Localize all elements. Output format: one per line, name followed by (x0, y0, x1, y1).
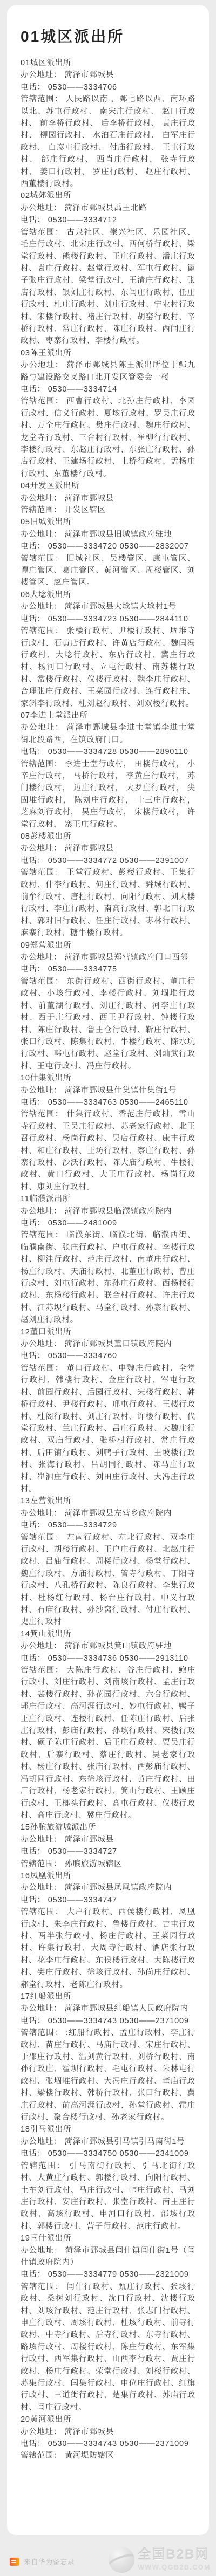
station-entry: 03陈王派出所办公地址： 菏泽市鄄城县陈王派出所位于鄄九路与建设路交叉路口北开发… (21, 347, 195, 480)
station-name: 07李进士堂派出所 (21, 710, 195, 722)
station-entry: 09郑营派出所办公地址： 菏泽市鄄城县郑营镇政府门口西邻电话： 0530——33… (21, 940, 195, 1072)
station-name: 11临濮派出所 (21, 1193, 195, 1205)
station-detail: 管辖范围： 张楼行政村、尹楼行政村、堌堆寺行政村、石黄店行政村、许黄店行政村、魏… (21, 625, 195, 710)
station-detail: 管辖范围： 大陈庄行政村、谷庄行政村、鲍庄行政村、刘庄行政村、刘南垓行政村、孟庄… (21, 1664, 195, 1821)
station-entry: 13左营派出所办公地址： 菏泽市鄄城县左营乡政府院内电话： 0530——3334… (21, 1495, 195, 1628)
station-detail: 管辖范围： 人民路以南 、鄄七路以西、南环路以北、苏屯行政村、 南宋庄行政村、 … (21, 93, 195, 190)
station-detail: 管辖范围： 大户行政村、西侯楼行政村、凤凰行政村、朱李庄行政村、鲁楼行政村、吉屯… (21, 1906, 195, 1991)
station-detail: 电话： 0530——3334743 0530——2371009 (21, 2015, 195, 2027)
memo-card: 01城区派出所 01城区派出所办公地址： 菏泽市鄄城县电话： 0530——333… (7, 5, 209, 2535)
station-name: 08彭楼派出所 (21, 831, 195, 842)
station-detail: 管辖范围： 古泉社区、崇兴社区、乐园社区、毛庄行政村、北宋庄行政村、西何桥行政村… (21, 227, 195, 347)
station-entry: 04开发区派出所办公地址： 菏泽市鄄城县管辖范围： 开发区辖区 (21, 480, 195, 516)
station-entry: 08彭楼派出所办公地址： 菏泽市鄄城县电话： 0530——3334772 053… (21, 831, 195, 940)
station-detail: 电话： 0530——3334712 (21, 214, 195, 226)
station-detail: 电话： 0530——3334729 (21, 1519, 195, 1531)
station-detail: 办公地址： 菏泽市鄄城县什集镇什集街1号 (21, 1085, 195, 1097)
memo-page: 01城区派出所 01城区派出所办公地址： 菏泽市鄄城县电话： 0530——333… (0, 0, 216, 2576)
station-detail: 电话： 0530——3334728 0530——2890110 (21, 746, 195, 758)
memo-source-label: 来自华为备忘录 (24, 2557, 75, 2566)
station-entry: 12董口派出所办公地址： 菏泽市鄄城县董口镇政府院内电话： 0530——3334… (21, 1326, 195, 1496)
memo-source: 来自华为备忘录 (10, 2557, 75, 2566)
station-name: 12董口派出所 (21, 1326, 195, 1338)
station-detail: 管辖范围： 开发区辖区 (21, 504, 195, 516)
station-name: 03陈王派出所 (21, 347, 195, 359)
station-detail: 电话： 0530——2481009 (21, 1217, 195, 1229)
station-detail: 管辖范围： 引马南街行政村、引马北街行政村、大黄庄行政村、郭楼行政村、向阳行政村… (21, 2160, 195, 2232)
station-entry: 11临濮派出所办公地址： 菏泽市鄄城县临濮镇政府院内电话： 0530——2481… (21, 1193, 195, 1326)
station-name: 02城郊派出所 (21, 190, 195, 202)
station-detail: 电话： 0530——3334714 (21, 383, 195, 395)
huawei-memo-icon (10, 2558, 19, 2566)
page-title: 01城区派出所 (21, 25, 195, 46)
station-detail: 电话： 0530——3334706 (21, 81, 195, 93)
station-detail: 办公地址： 菏泽市鄄城县禹王北路 (21, 202, 195, 214)
station-detail: 办公地址： 菏泽市鄄城县 (21, 2426, 195, 2438)
station-detail: 办公地址： 菏泽市鄄城县大埝镇大埝村1号 (21, 601, 195, 613)
station-detail: 办公地址： 菏泽市鄄城县箕山镇政府驻地 (21, 1640, 195, 1652)
station-entry: 02城郊派出所办公地址： 菏泽市鄄城县禹王北路电话： 0530——3334712… (21, 190, 195, 347)
station-detail: 办公地址： 菏泽市鄄城县临濮镇政府院内 (21, 1205, 195, 1217)
station-detail: 办公地址： 菏泽市鄄城县 (21, 492, 195, 504)
footer-bar: 来自华为备忘录 全国B2B网 WWW.QGB2B.COM (0, 2538, 216, 2576)
stations-list: 01城区派出所办公地址： 菏泽市鄄城县电话： 0530——3334706管辖范围… (21, 57, 195, 2462)
station-detail: 电话： 0530——3334779 0530——2321009 (21, 2269, 195, 2280)
watermark: 全国B2B网 WWW.QGB2B.COM (109, 2547, 211, 2573)
station-detail: 办公地址： 菏泽市鄄城县凤凰镇政府院内 (21, 1882, 195, 1894)
station-detail: 管辖范围： 王堂行政村、彭楼行政村、王集行政村、什李行政村、何庄行政村、舜城行政… (21, 867, 195, 939)
station-detail: 管辖范围： 闫什行政村、甄庄行政村、张垓行政村、桑树刘行政村、沈口行政村、沈楼行… (21, 2281, 195, 2414)
station-detail: 电话： 0530——3334772 0530——2391007 (21, 855, 195, 867)
station-entry: 10什集派出所办公地址： 菏泽市鄄城县什集镇什集街1号电话： 0530——333… (21, 1072, 195, 1193)
station-detail: 电话： 0530——3334736 0530——2913110 (21, 1653, 195, 1664)
station-detail: 办公地址： 菏泽市鄄城县红船镇人民政府院内 (21, 2003, 195, 2015)
station-entry: 07李进士堂派出所办公地址： 菏泽市鄄城县李进士堂镇李进士堂街北段路西，在镇政府… (21, 710, 195, 831)
station-detail: 管辖范围： 左南行政村、左北行政村、双李庄行政村、胡楼行政村、王户庄行政村、北赵… (21, 1532, 195, 1628)
station-detail: 电话： 0530——3334723 0530——2844110 (21, 613, 195, 625)
station-name: 04开发区派出所 (21, 480, 195, 492)
station-detail: 办公地址： 菏泽市鄄城县 (21, 1834, 195, 1846)
station-entry: 06大埝派出所办公地址： 菏泽市鄄城县大埝镇大埝村1号电话： 0530——333… (21, 589, 195, 710)
station-detail: 办公地址： 菏泽市鄄城县陈王派出所位于鄄九路与建设路交叉路口北开发区管委会一楼 (21, 359, 195, 383)
station-name: 19闫什派出所 (21, 2232, 195, 2244)
station-detail: 办公地址： 菏泽市鄄城县 (21, 69, 195, 81)
station-name: 05旧城派出所 (21, 516, 195, 528)
station-detail: 电话： 0530——3334760 (21, 1350, 195, 1362)
station-detail: 电话： 0530——3334720 0530——2832007 (21, 540, 195, 552)
station-name: 06大埝派出所 (21, 589, 195, 601)
station-detail: 管辖范围： 董口行政村、申魏庄行政村、全堂行政村、韩楼行政村、金庄行政村、军屯行… (21, 1362, 195, 1495)
station-name: 01城区派出所 (21, 57, 195, 69)
station-detail: 办公地址： 菏泽市鄄城县左营乡政府院内 (21, 1508, 195, 1519)
station-entry: 05旧城派出所办公地址： 菏泽市鄄城县旧城镇政府驻地电话： 0530——3334… (21, 516, 195, 588)
station-entry: 18引马派出所办公地址： 菏泽市鄄城县引马镇引马南街1号电话： 0530——33… (21, 2123, 195, 2232)
watermark-text: 全国B2B网 WWW.QGB2B.COM (138, 2548, 211, 2571)
station-entry: 16凤凰派出所办公地址： 菏泽市鄄城县凤凰镇政府院内电话： 0530——3334… (21, 1870, 195, 1991)
station-detail: 办公地址： 菏泽市鄄城县董口镇政府院内 (21, 1338, 195, 1350)
station-detail: 管辖范围： 东街行政村、西街行政村、董庄行政村、小垓行政村、李楼行政村、刘堌堆行… (21, 976, 195, 1072)
station-detail: 办公地址： 菏泽市鄄城县李进士堂镇李进士堂街北段路西，在镇政府门口。 (21, 722, 195, 746)
watermark-globe-icon (109, 2547, 134, 2573)
watermark-title: 全国B2B网 (138, 2548, 209, 2562)
station-detail: 电话： 0530——3334743 0530——2371009 (21, 2438, 195, 2450)
station-detail: 管辖范围： 什集行政村、香范庄行政村、雪山寺行政村、王吴庄行政村、苏老家行政村、… (21, 1108, 195, 1193)
station-entry: 20黄河派出所办公地址： 菏泽市鄄城县电话： 0530——3334743 053… (21, 2414, 195, 2462)
station-detail: 管辖范围： 孙膑旅游城辖区 (21, 1858, 195, 1870)
station-detail: 办公地址： 菏泽市鄄城县旧城镇政府驻地 (21, 529, 195, 540)
station-detail: 管辖范围： 西曹行政村、北孙庄行政村、李园行政村、信义行政村、夏垓行政村、罗吴庄… (21, 395, 195, 480)
station-detail: 办公地址： 菏泽市鄄城县郑营镇政府门口西邻 (21, 951, 195, 963)
station-name: 14箕山派出所 (21, 1628, 195, 1640)
station-entry: 14箕山派出所办公地址： 菏泽市鄄城县箕山镇政府驻地电话： 0530——3334… (21, 1628, 195, 1822)
station-detail: 电话： 0530——3334763 0530——2465110 (21, 1097, 195, 1108)
station-detail: 管辖范围： :红船行政村、孟庄行政村、李庄行政村、苗庄行政村、马庙行政村、宋庄行… (21, 2027, 195, 2123)
station-detail: 电话： 0530——3334727 (21, 1846, 195, 1858)
station-name: 20黄河派出所 (21, 2414, 195, 2426)
station-detail: 电话： 0530——3334747 (21, 1894, 195, 1906)
station-name: 09郑营派出所 (21, 940, 195, 951)
station-name: 16凤凰派出所 (21, 1870, 195, 1882)
station-name: 18引马派出所 (21, 2123, 195, 2135)
station-name: 13左营派出所 (21, 1495, 195, 1507)
station-detail: 电话： 0530——3334750 0530——2341009 (21, 2148, 195, 2160)
station-detail: 管辖范围： 旧城社区、吴楼管区、康屯管区、谭庄管区、葛庄管区、黄河管区、周楼管区… (21, 553, 195, 589)
station-detail: 办公地址： 菏泽市鄄城县 (21, 842, 195, 854)
station-name: 17红船派出所 (21, 1991, 195, 2003)
station-detail: 管辖范围： 临濮东街、临濮北街、临濮西街、临濮南街、张庄行政村、户屯行政村、李楼… (21, 1229, 195, 1326)
station-detail: 管辖范围： 黄河堤防辖区 (21, 2450, 195, 2462)
station-detail: 电话： 0530——3334775 (21, 963, 195, 975)
station-detail: 管辖范围： 李进士堂行政村， 田楼行政村， 小辛庄行政村， 马桥行政村， 李黄庄… (21, 758, 195, 831)
watermark-domain: WWW.QGB2B.COM (138, 2564, 211, 2572)
station-entry: 17红船派出所办公地址： 菏泽市鄄城县红船镇人民政府院内电话： 0530——33… (21, 1991, 195, 2123)
station-detail: 办公地址： 菏泽市鄄城县闫什镇闫什街1号（闫什镇政府院内） (21, 2245, 195, 2269)
station-name: 10什集派出所 (21, 1072, 195, 1084)
station-entry: 01城区派出所办公地址： 菏泽市鄄城县电话： 0530——3334706管辖范围… (21, 57, 195, 190)
station-detail: 办公地址： 菏泽市鄄城县引马镇引马南街1号 (21, 2136, 195, 2148)
station-entry: 19闫什派出所办公地址： 菏泽市鄄城县闫什镇闫什街1号（闫什镇政府院内）电话： … (21, 2232, 195, 2414)
station-entry: 15孙膑旅游城派出所办公地址： 菏泽市鄄城县电话： 0530——3334727管… (21, 1821, 195, 1870)
station-name: 15孙膑旅游城派出所 (21, 1821, 195, 1833)
